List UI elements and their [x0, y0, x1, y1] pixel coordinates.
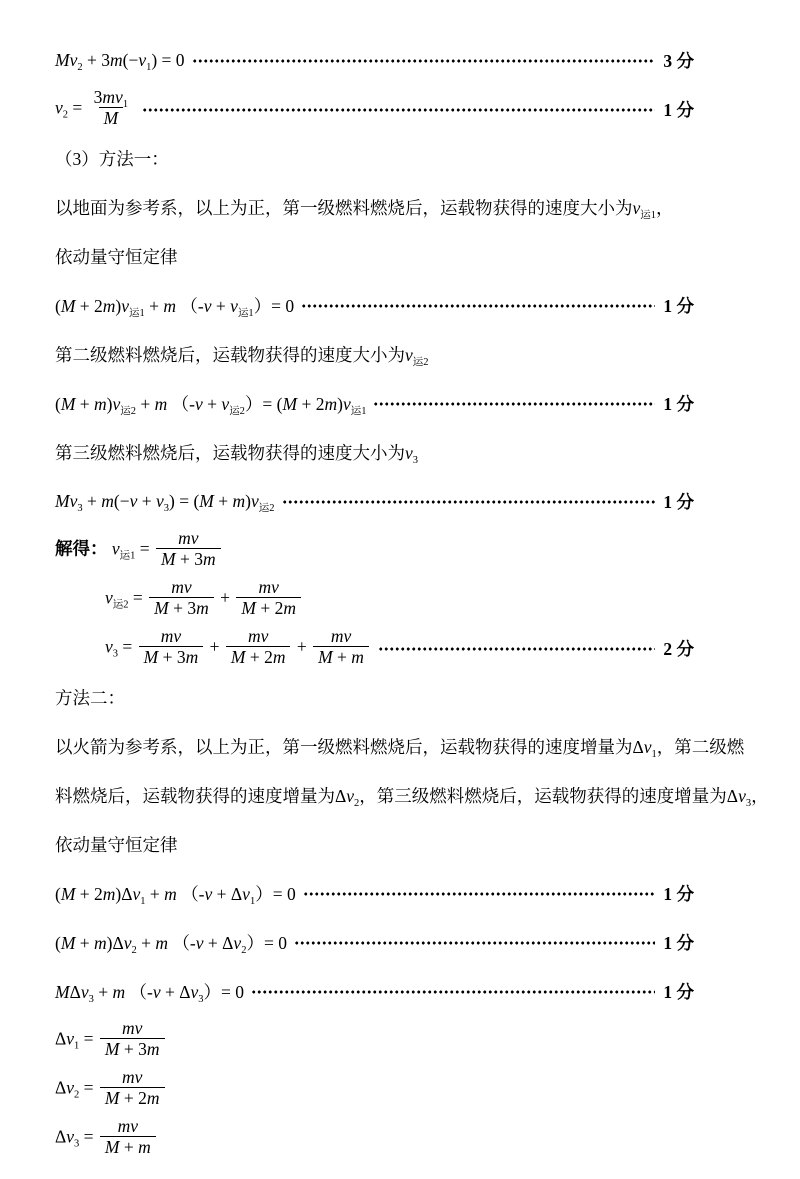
text-run: 运1: [129, 308, 145, 319]
text-run: +: [333, 647, 352, 667]
math-variable: M: [61, 933, 76, 953]
math-variable: v: [112, 539, 120, 559]
math-variable: v: [81, 982, 89, 1002]
score-label: 1 分: [663, 293, 694, 318]
fraction: mvM + m: [100, 1116, 156, 1157]
math-variable: v: [405, 443, 413, 463]
math-variable: mv: [122, 1018, 142, 1038]
score-label: 3 分: [663, 48, 694, 73]
text-run: +: [137, 933, 156, 953]
dotted-leader: [303, 892, 656, 896]
math-variable: mv: [178, 528, 198, 548]
line-content: Δv1 = mvM + 3m: [55, 1020, 167, 1061]
text-run: =: [68, 98, 87, 118]
text-run: + 3: [169, 598, 196, 618]
math-variable: M: [144, 647, 159, 667]
math-variable: m: [273, 647, 286, 667]
line-content: v2 = 3mv1M: [55, 89, 135, 130]
fraction-numerator: mv: [117, 1067, 147, 1087]
math-variable: Mv: [55, 491, 77, 511]
dotted-leader: [301, 304, 655, 308]
math-variable: m: [203, 549, 216, 569]
math-variable: v: [138, 50, 146, 70]
text-run: + 2: [297, 394, 324, 414]
score-label: 1 分: [663, 930, 694, 955]
line-content: (M + 2m)Δv1 + m （-v + Δv1）= 0: [55, 881, 296, 906]
math-variable: mv: [102, 87, 122, 107]
math-variable: m: [164, 884, 177, 904]
text-run: (−: [114, 491, 130, 511]
text-run: + 3: [120, 1039, 147, 1059]
math-variable: m: [94, 933, 107, 953]
text-run: =: [129, 588, 148, 608]
text-run: 第三级燃料燃烧后，运载物获得的速度大小为: [55, 443, 405, 463]
text-run: Δ: [55, 1078, 66, 1098]
text-run: +: [83, 491, 102, 511]
text-run: 3: [413, 455, 418, 466]
text-run: +: [145, 296, 164, 316]
text-run: 运1: [238, 308, 254, 319]
math-variable: v: [242, 884, 250, 904]
text-run: 运2: [413, 357, 429, 368]
text-run: Δ: [335, 786, 346, 806]
text-run: 料燃烧后，运载物获得的速度增量为: [55, 786, 335, 806]
fraction-denominator: M + 3m: [156, 548, 221, 569]
line-content: 第二级燃料燃烧后，运载物获得的速度大小为v运2: [55, 342, 429, 367]
text-run: 1: [123, 99, 128, 110]
math-variable: M: [61, 394, 76, 414]
math-variable: v: [121, 296, 129, 316]
math-variable: m: [110, 50, 123, 70]
math-variable: v: [230, 296, 238, 316]
text-run: ) = 0: [151, 50, 184, 70]
text-run: 依动量守恒定律: [55, 835, 178, 855]
line-content: Δv3 = mvM + m: [55, 1118, 158, 1159]
formula-stage2-ground: (M + m)v运2 + m （-v + v运2）= (M + 2m)v运11 …: [55, 379, 750, 428]
fraction: mvM + 3m: [100, 1018, 165, 1059]
math-variable: M: [231, 647, 246, 667]
text-run: 运2: [113, 600, 129, 611]
fraction: mvM + m: [313, 626, 369, 667]
para-rocket-frame-line1: 以火箭为参考系，以上为正，第一级燃料燃烧后，运载物获得的速度增量为Δv1，第二级…: [55, 722, 750, 771]
math-variable: Mv: [55, 50, 77, 70]
math-variable: m: [147, 1039, 160, 1059]
text-run: +: [214, 491, 233, 511]
text-run: （-: [167, 394, 195, 414]
math-variable: v: [66, 1029, 74, 1049]
heading-method2: 方法二：: [55, 673, 750, 722]
math-variable: v: [343, 394, 351, 414]
math-variable: v: [195, 394, 203, 414]
text-run: ）= 0: [255, 884, 296, 904]
text-run: +: [94, 982, 113, 1002]
fraction: mvM + 3m: [149, 577, 214, 618]
score-label: 1 分: [663, 979, 694, 1004]
math-variable: m: [163, 296, 176, 316]
fraction-numerator: mv: [166, 577, 196, 597]
math-variable: M: [105, 1039, 120, 1059]
math-variable: M: [61, 884, 76, 904]
line-content: (M + m)v运2 + m （-v + v运2）= (M + 2m)v运1: [55, 391, 366, 416]
fraction-numerator: mv: [156, 626, 186, 646]
text-stage3-intro: 第三级燃料燃烧后，运载物获得的速度大小为v3: [55, 428, 750, 477]
text-run: 第二级燃料燃烧后，运载物获得的速度大小为: [55, 345, 405, 365]
formula-stage1-rocket: (M + 2m)Δv1 + m （-v + Δv1）= 01 分: [55, 869, 750, 918]
text-run: 运2: [259, 503, 275, 514]
text-run: Δ: [633, 737, 644, 757]
text-run: + 2: [245, 647, 272, 667]
fraction-denominator: M + m: [100, 1136, 156, 1157]
formula-solve-v-yun1: 解得： v运1 = mvM + 3m: [55, 526, 750, 575]
text-stage2-intro: 第二级燃料燃烧后，运载物获得的速度大小为v运2: [55, 330, 750, 379]
text-run: ）= (: [245, 394, 283, 414]
fraction: mvM + 3m: [139, 626, 204, 667]
math-variable: v: [156, 491, 164, 511]
text-run: ，第三级燃料燃烧后，运载物获得的速度增量为: [359, 786, 727, 806]
fraction-numerator: mv: [326, 626, 356, 646]
math-variable: v: [346, 786, 354, 806]
text-run: 依动量守恒定律: [55, 247, 178, 267]
text-run: 运1: [120, 551, 136, 562]
line-content: 方法二：: [55, 685, 125, 710]
math-variable: v: [153, 982, 161, 1002]
formula-stage3-rocket: MΔv3 + m （-v + Δv3）= 01 分: [55, 967, 750, 1016]
text-run: 以地面为参考系，以上为正，第一级燃料燃烧后，运载物获得的速度大小为: [55, 198, 633, 218]
line-content: (M + 2m)v运1 + m （-v + v运1）= 0: [55, 293, 294, 318]
fraction-numerator: mv: [173, 528, 203, 548]
line-content: 依动量守恒定律: [55, 832, 178, 857]
math-variable: mv: [122, 1067, 142, 1087]
fraction-denominator: M + 3m: [149, 597, 214, 618]
line-content: v运2 = mvM + 3m + mvM + 2m: [105, 579, 303, 620]
text-run: +: [205, 637, 224, 657]
text-run: （-: [168, 933, 196, 953]
text-run: + Δ: [212, 884, 242, 904]
fraction-numerator: mv: [243, 626, 273, 646]
formula-v2-result: v2 = 3mv1M1 分: [55, 85, 750, 134]
math-variable: M: [283, 394, 298, 414]
line-content: MΔv3 + m （-v + Δv3）= 0: [55, 979, 244, 1004]
line-content: Mv2 + 3m(−v1) = 0: [55, 50, 185, 71]
fraction-numerator: mv: [117, 1018, 147, 1038]
math-variable: m: [103, 884, 116, 904]
formula-dv3-result: Δv3 = mvM + m: [55, 1114, 750, 1163]
math-variable: M: [61, 296, 76, 316]
text-run: +: [212, 296, 231, 316]
text-run: +: [137, 491, 156, 511]
text-run: + 2: [256, 598, 283, 618]
text-run: +: [203, 394, 222, 414]
fraction: mvM + 2m: [100, 1067, 165, 1108]
math-variable: v: [204, 296, 212, 316]
text-run: ）= 0: [254, 296, 295, 316]
dotted-leader: [373, 402, 655, 406]
line-content: Δv2 = mvM + 2m: [55, 1069, 167, 1110]
para-ground-frame-setup: 以地面为参考系，以上为正，第一级燃料燃烧后，运载物获得的速度大小为v运1，: [55, 183, 750, 232]
math-variable: m: [113, 982, 126, 1002]
dotted-leader: [142, 108, 655, 112]
math-variable: v: [66, 1078, 74, 1098]
text-run: 解得：: [55, 539, 108, 559]
line-content: 以地面为参考系，以上为正，第一级燃料燃烧后，运载物获得的速度大小为v运1，: [55, 195, 674, 220]
math-variable: m: [147, 1088, 160, 1108]
line-content: v3 = mvM + 3m + mvM + 2m + mvM + m: [105, 628, 371, 669]
line-content: 以火箭为参考系，以上为正，第一级燃料燃烧后，运载物获得的速度增量为Δv1，第二级…: [55, 734, 744, 759]
math-variable: v: [66, 1127, 74, 1147]
math-variable: M: [241, 598, 256, 618]
text-run: (−: [123, 50, 139, 70]
fraction: mvM + 2m: [226, 626, 291, 667]
text-run: ）= 0: [204, 982, 245, 1002]
text-momentum-law-1: 依动量守恒定律: [55, 232, 750, 281]
text-momentum-law-2: 依动量守恒定律: [55, 820, 750, 869]
text-run: =: [135, 539, 154, 559]
text-run: ，: [656, 198, 674, 218]
dotted-leader: [282, 500, 656, 504]
formula-solve-v3: v3 = mvM + 3m + mvM + 2m + mvM + m2 分: [105, 624, 750, 673]
line-content: Mv3 + m(−v + v3) = (M + m)v运2: [55, 491, 275, 512]
math-variable: M: [105, 1088, 120, 1108]
text-run: 运1: [351, 406, 367, 417]
math-variable: M: [199, 491, 214, 511]
fraction-denominator: M + 2m: [226, 646, 291, 667]
math-variable: v: [55, 98, 63, 118]
formula-dv2-result: Δv2 = mvM + 2m: [55, 1065, 750, 1114]
text-run: + Δ: [204, 933, 234, 953]
text-run: Δ: [70, 982, 81, 1002]
math-variable: mv: [118, 1116, 138, 1136]
fraction: mvM + 3m: [156, 528, 221, 569]
dotted-leader: [251, 990, 655, 994]
fraction-denominator: M + 3m: [100, 1038, 165, 1059]
math-variable: m: [94, 394, 107, 414]
line-content: （3）方法一：: [55, 146, 169, 171]
fraction-denominator: M + 2m: [236, 597, 301, 618]
math-variable: M: [55, 982, 70, 1002]
math-variable: M: [104, 108, 119, 128]
text-run: + 3: [83, 50, 110, 70]
heading-part3-method1: （3）方法一：: [55, 134, 750, 183]
score-label: 1 分: [663, 97, 694, 122]
math-variable: mv: [171, 577, 191, 597]
text-run: （-: [125, 982, 153, 1002]
math-variable: m: [101, 491, 114, 511]
math-variable: mv: [161, 626, 181, 646]
math-variable: v: [738, 786, 746, 806]
text-run: ，: [751, 786, 769, 806]
formula-dv1-result: Δv1 = mvM + 3m: [55, 1016, 750, 1065]
formula-stage1-ground: (M + 2m)v运1 + m （-v + v运1）= 01 分: [55, 281, 750, 330]
text-run: )Δ: [107, 933, 124, 953]
text-run: +: [292, 637, 311, 657]
text-run: + Δ: [161, 982, 191, 1002]
text-run: +: [216, 588, 235, 608]
math-variable: m: [186, 647, 199, 667]
text-run: =: [79, 1078, 98, 1098]
math-variable: mv: [248, 626, 268, 646]
text-run: （-: [176, 296, 204, 316]
fraction-denominator: M + 2m: [100, 1087, 165, 1108]
fraction: 3mv1M: [89, 87, 133, 128]
dotted-leader: [294, 941, 655, 945]
text-run: Δ: [55, 1127, 66, 1147]
line-content: 料燃烧后，运载物获得的速度增量为Δv2，第三级燃料燃烧后，运载物获得的速度增量为…: [55, 783, 769, 808]
text-run: ，第二级燃: [657, 737, 745, 757]
text-run: +: [75, 394, 94, 414]
text-run: 方法二：: [55, 688, 125, 708]
text-run: +: [146, 884, 165, 904]
text-run: 运1: [640, 210, 656, 221]
text-run: Δ: [55, 1029, 66, 1049]
fraction-numerator: 3mv1: [89, 87, 133, 107]
score-label: 1 分: [663, 881, 694, 906]
fraction: mvM + 2m: [236, 577, 301, 618]
text-run: （3）方法一：: [55, 149, 169, 169]
fraction-denominator: M + m: [313, 646, 369, 667]
fraction-numerator: mv: [253, 577, 283, 597]
math-variable: m: [155, 933, 168, 953]
fraction-numerator: mv: [113, 1116, 143, 1136]
math-variable: M: [105, 1137, 120, 1157]
text-run: )Δ: [115, 884, 132, 904]
dotted-leader: [378, 647, 655, 651]
math-variable: m: [324, 394, 337, 414]
dotted-leader: [192, 59, 656, 63]
score-label: 1 分: [663, 489, 694, 514]
text-run: =: [79, 1127, 98, 1147]
math-variable: v: [644, 737, 652, 757]
score-label: 2 分: [663, 636, 694, 661]
text-run: =: [118, 637, 137, 657]
text-run: + 3: [176, 549, 203, 569]
text-run: + 2: [75, 884, 102, 904]
math-variable: v: [105, 637, 113, 657]
math-variable: m: [138, 1137, 151, 1157]
math-variable: v: [196, 933, 204, 953]
score-label: 1 分: [663, 391, 694, 416]
para-rocket-frame-line2: 料燃烧后，运载物获得的速度增量为Δv2，第三级燃料燃烧后，运载物获得的速度增量为…: [55, 771, 750, 820]
math-variable: v: [124, 933, 132, 953]
math-variable: m: [155, 394, 168, 414]
math-variable: m: [103, 296, 116, 316]
math-variable: m: [351, 647, 364, 667]
math-variable: v: [251, 491, 259, 511]
text-run: 运2: [120, 406, 136, 417]
math-variable: mv: [331, 626, 351, 646]
formula-solve-v-yun2: v运2 = mvM + 3m + mvM + 2m: [105, 575, 750, 624]
math-variable: m: [196, 598, 209, 618]
text-run: =: [79, 1029, 98, 1049]
math-variable: M: [154, 598, 169, 618]
fraction-denominator: M: [99, 107, 124, 128]
math-variable: m: [233, 491, 246, 511]
text-run: + 3: [158, 647, 185, 667]
text-run: +: [75, 933, 94, 953]
line-content: (M + m)Δv2 + m （-v + Δv2）= 0: [55, 930, 287, 955]
formula-momentum-q2: Mv2 + 3m(−v1) = 03 分: [55, 36, 750, 85]
text-run: + 2: [75, 296, 102, 316]
line-content: 解得： v运1 = mvM + 3m: [55, 530, 223, 571]
math-variable: m: [283, 598, 296, 618]
text-run: ) = (: [169, 491, 199, 511]
formula-stage2-rocket: (M + m)Δv2 + m （-v + Δv2）= 01 分: [55, 918, 750, 967]
math-variable: v: [405, 345, 413, 365]
text-run: Δ: [727, 786, 738, 806]
fraction-denominator: M + 3m: [139, 646, 204, 667]
math-variable: M: [161, 549, 176, 569]
text-run: +: [120, 1137, 139, 1157]
line-content: 第三级燃料燃烧后，运载物获得的速度大小为v3: [55, 440, 418, 465]
math-variable: v: [105, 588, 113, 608]
text-run: 以火箭为参考系，以上为正，第一级燃料燃烧后，运载物获得的速度增量为: [55, 737, 633, 757]
document-page: Mv2 + 3m(−v1) = 03 分v2 = 3mv1M1 分（3）方法一：…: [0, 0, 800, 1179]
text-run: 运2: [229, 406, 245, 417]
math-variable: mv: [258, 577, 278, 597]
math-variable: M: [318, 647, 333, 667]
text-run: （-: [177, 884, 205, 904]
text-run: +: [136, 394, 155, 414]
text-run: + 2: [120, 1088, 147, 1108]
formula-stage3-ground: Mv3 + m(−v + v3) = (M + m)v运21 分: [55, 477, 750, 526]
line-content: 依动量守恒定律: [55, 244, 178, 269]
text-run: ）= 0: [246, 933, 287, 953]
